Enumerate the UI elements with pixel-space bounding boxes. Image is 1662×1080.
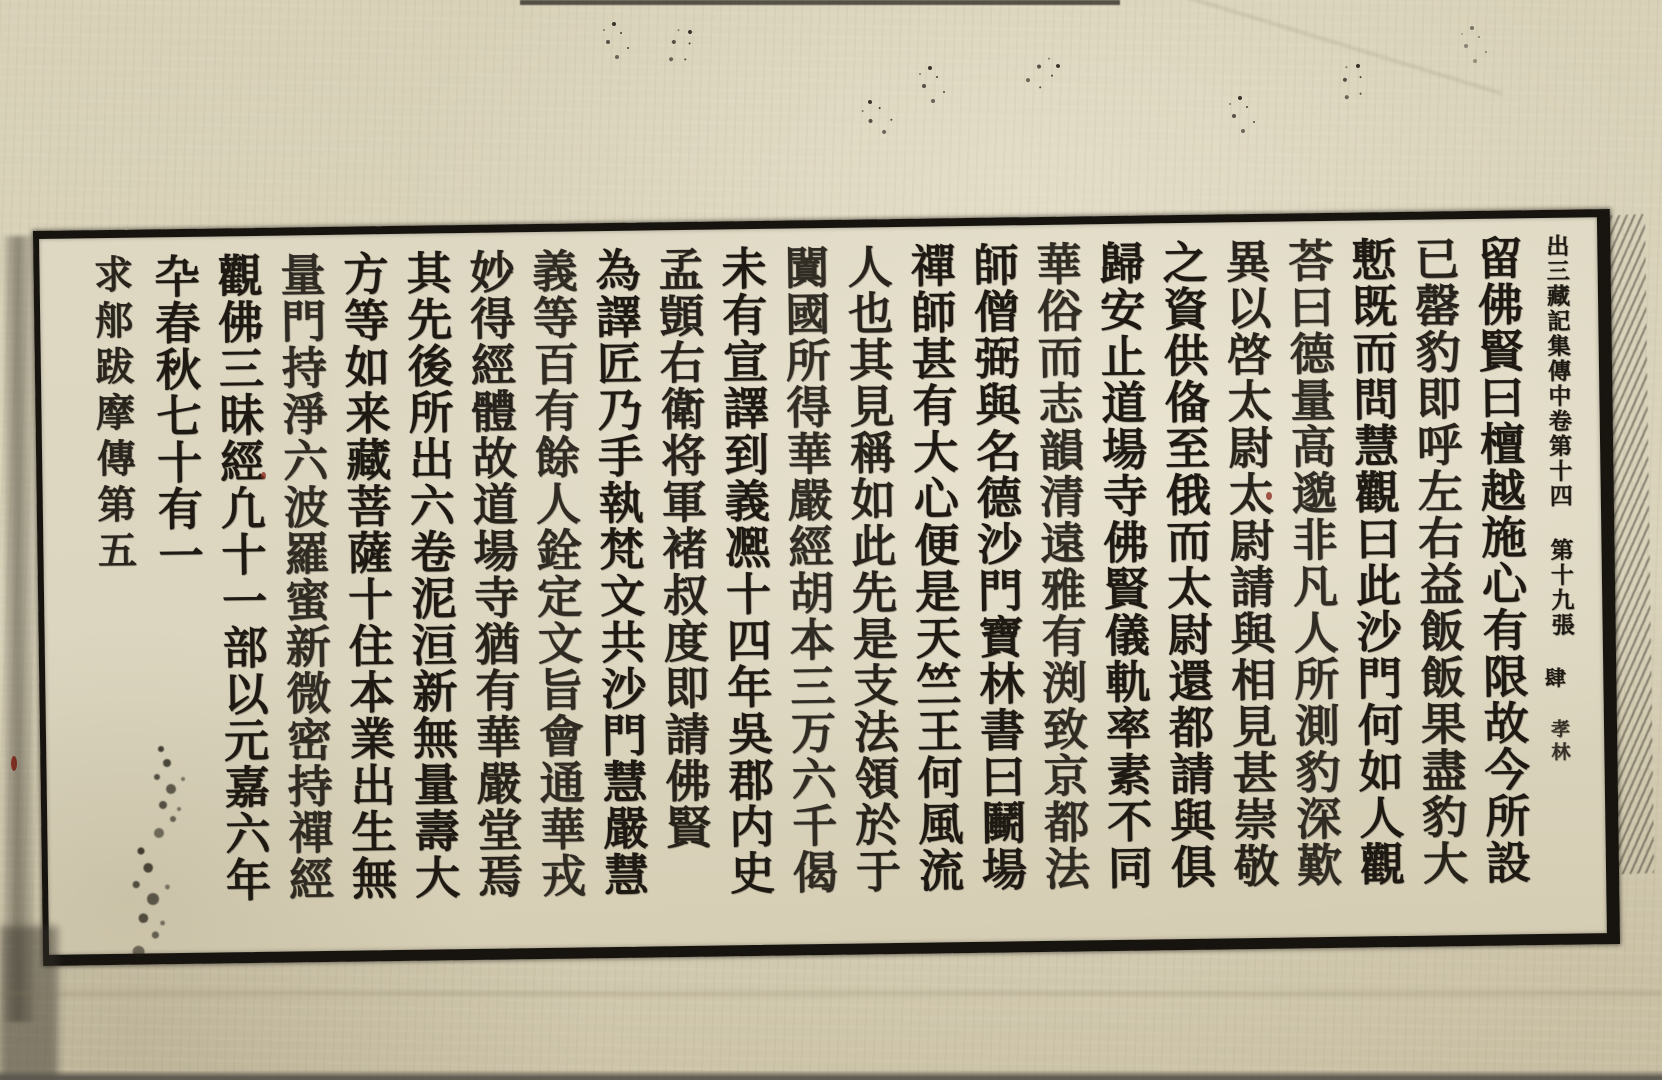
- volume-title: 出三藏記集傳中卷第十四: [1542, 234, 1573, 509]
- scan-top-edge-shadow: [520, 0, 1120, 5]
- text-column-10: 禪師甚有大心便是天竺王何風流: [897, 242, 970, 925]
- text-column-6: 之資供俻至俄而太尉還都請與俱: [1149, 239, 1222, 922]
- text-column-19: 方等如来藏菩薩十住本業出生無: [330, 250, 403, 933]
- scan-bottom-edge-shadow: [0, 1070, 1662, 1080]
- text-columns: 出三藏記集傳中卷第十四 第十九張 肆 孝林 留佛賢曰檀越施心有限故今所設已罄豹即…: [51, 233, 1592, 936]
- carver-mark: 孝林: [1548, 719, 1571, 765]
- ink-speckle: [1055, 63, 1060, 68]
- left-edge-shadow: [4, 236, 34, 1022]
- text-column-12: 闐國所得華嚴經胡本三万六千偈: [771, 244, 844, 927]
- text-column-9: 師僧弼與名德沙門寶林書曰鬭場: [960, 241, 1033, 924]
- red-speck: [261, 472, 266, 479]
- text-block-frame: 出三藏記集傳中卷第十四 第十九張 肆 孝林 留佛賢曰檀越施心有限故今所設已罄豹即…: [33, 209, 1620, 966]
- text-column-18: 其先後所出六卷泥洹新無量壽大: [393, 249, 466, 932]
- paper-crease: [0, 992, 1662, 995]
- text-column-21: 觀佛三昧經凢十一部以元嘉六年: [204, 252, 277, 935]
- text-column-15: 為譯匠乃手執梵文共沙門慧嚴慧: [582, 246, 655, 929]
- ink-speckle: [612, 22, 616, 26]
- ink-smear: [137, 847, 144, 854]
- ink-speckle: [1470, 26, 1474, 30]
- text-column-13: 未有宣譯到義凞十四年吳郡内史: [708, 245, 781, 928]
- corner-shadow: [0, 926, 58, 1080]
- red-speck: [1266, 492, 1272, 500]
- text-column-7: 歸安止道場寺佛賢儀軌率素不同: [1086, 239, 1159, 922]
- scanned-manuscript-page: 出三藏記集傳中卷第十四 第十九張 肆 孝林 留佛賢曰檀越施心有限故今所設已罄豹即…: [0, 0, 1662, 1080]
- paper-crease: [1158, 0, 1503, 95]
- ink-speckle: [867, 99, 872, 104]
- sheet-number: 第十九張: [1546, 538, 1574, 638]
- text-column-5: 異以啓太尉太尉請與相見甚崇敬: [1212, 238, 1285, 921]
- text-column-2: 已罄豹即呼左右益飯飯果盡豹大: [1401, 235, 1474, 918]
- text-column-8: 華俗而志韻清遠雅有渕致京都法: [1023, 240, 1096, 923]
- text-column-17: 妙得經體故道場寺猶有華嚴堂焉: [456, 248, 529, 931]
- text-column-11: 人也其見稱如此先是支法領於于: [834, 243, 907, 926]
- ink-speckle: [1238, 96, 1242, 100]
- end-title-column: 求郍跋摩傳第五: [79, 254, 151, 937]
- ink-smear: [158, 746, 164, 752]
- case-mark: 肆: [1542, 667, 1567, 690]
- text-column-1: 留佛賢曰檀越施心有限故今所設: [1464, 234, 1537, 917]
- text-column-14: 孟顗右衛将軍褚叔度即請佛賢: [645, 246, 718, 929]
- text-column-20: 量門持淨六波羅蜜新微密持禪經: [267, 251, 340, 934]
- text-column-22: 卆春秋七十有一: [141, 253, 214, 936]
- text-column-4: 荅曰德量高邈非凡人所測豹深歎: [1275, 237, 1348, 920]
- header-column: 出三藏記集傳中卷第十四 第十九張 肆 孝林: [1527, 233, 1593, 916]
- text-column-16: 義等百有餘人銓定文旨會通華戎: [519, 247, 592, 930]
- ink-speckle: [928, 66, 932, 70]
- text-column-3: 慙既而問慧觀曰此沙門何如人觀: [1338, 236, 1411, 919]
- ink-speckle: [687, 29, 693, 35]
- ink-speckle: [1355, 63, 1360, 68]
